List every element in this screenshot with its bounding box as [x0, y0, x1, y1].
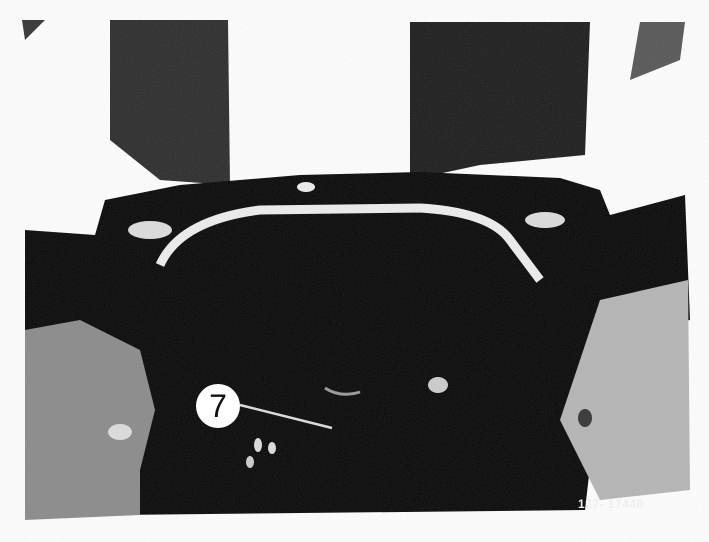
callout-marker: 7: [196, 384, 240, 428]
photo: [0, 0, 709, 542]
callout-number: 7: [209, 388, 227, 425]
figure-label: 127- 17440: [578, 497, 644, 511]
